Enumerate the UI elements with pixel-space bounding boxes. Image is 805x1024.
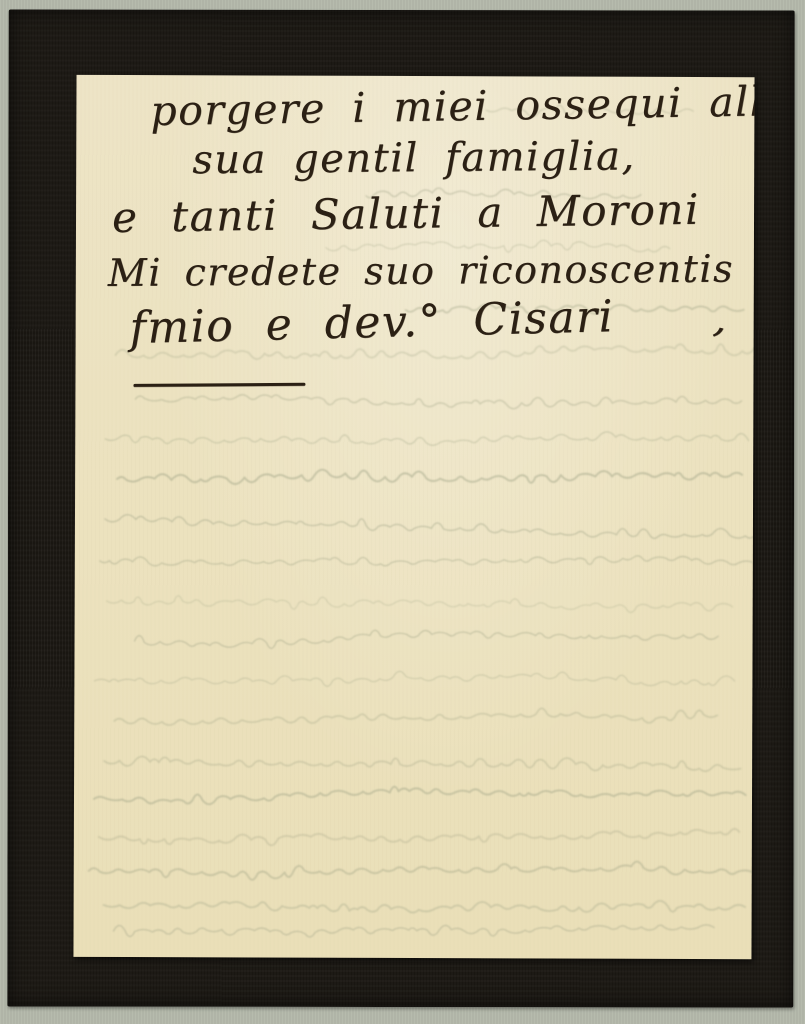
handwriting-signature-line: fmio e dev.° Cisari (129, 291, 615, 354)
handwriting-line-2: sua gentil famiglia, (192, 133, 636, 183)
handwriting-line-1: porgere i miei ossequi alle (150, 77, 754, 135)
handwriting-flourish-mark: , (711, 296, 735, 344)
letter-paper: porgere i miei ossequi alle sua gentil f… (73, 75, 754, 959)
black-mount-board: porgere i miei ossequi alle sua gentil f… (7, 9, 794, 1007)
signature-rule (133, 383, 305, 387)
handwriting-line-4: Mi credete suo riconoscentis (108, 247, 734, 295)
handwriting-line-3: e tanti Saluti a Moroni (112, 185, 700, 242)
scanned-letter-page: porgere i miei ossequi alle sua gentil f… (0, 0, 805, 1024)
